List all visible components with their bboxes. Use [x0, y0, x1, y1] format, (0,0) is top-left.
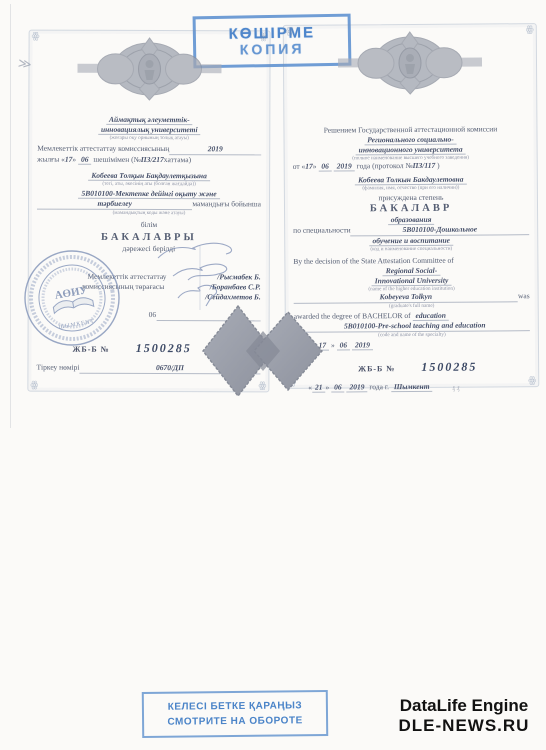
text-segment: )	[435, 161, 439, 170]
commission-line-kz: Мемлекеттік аттестаттау комиссиясының201…	[37, 144, 261, 156]
frame-corner-ornament: ꙮ	[32, 32, 40, 41]
see-reverse-line-ru: СМОТРИТЕ НА ОБОРОТЕ	[167, 713, 302, 729]
text-segment: 2019	[169, 144, 261, 155]
text-segment: was	[518, 291, 530, 301]
text-segment: »	[329, 341, 337, 350]
decision-date-kz: жылғы «17» 06 шешімімен (№ПЗ/217хаттама)	[37, 155, 261, 166]
text-segment: білім	[141, 220, 158, 229]
degree-word-kz: білім	[37, 220, 261, 231]
seal-city: ШЫМКЕНТ	[58, 318, 95, 330]
text-segment: БАКАЛАВР	[370, 203, 452, 215]
text-segment: Regional Social-	[383, 266, 441, 276]
text-segment: образования	[388, 215, 435, 225]
text-segment: ПЗ/117	[413, 161, 436, 170]
text-segment: (мамандықтың коды және атауы)	[113, 210, 186, 216]
frame-corner-ornament: ꙮ	[526, 25, 534, 34]
text-segment: жылғы «	[37, 155, 65, 164]
text-segment: года (протокол №	[355, 161, 413, 170]
university-caption-kz: (жоғары оқу орнының толық атауы)	[37, 135, 261, 142]
text-segment: 06	[318, 162, 332, 172]
guilloche-emblem	[71, 36, 227, 103]
watermark-engine-name: DataLife Engine	[388, 696, 540, 716]
text-segment: Решением Государственной аттестационной …	[324, 124, 498, 134]
see-reverse-line-kz: КЕЛЕСІ БЕТКЕ ҚАРАҢЫЗ	[168, 698, 303, 714]
text-segment: Тіркеу нөмірі	[36, 363, 79, 373]
site-watermark: DataLife Engine DLE-NEWS.RU	[388, 696, 540, 736]
text-segment: »	[313, 162, 319, 171]
text-segment: по специальности	[293, 225, 351, 235]
text-segment: Innovational University	[372, 276, 452, 287]
text-segment: обучение и воспитание	[369, 236, 453, 247]
text-segment: (graduate's full name)	[389, 303, 434, 309]
text-segment: education	[412, 311, 448, 321]
text-segment: 5В010100-Мектепке дейінгі оқыту және	[78, 189, 219, 199]
text-segment: тәрбиелеу	[37, 199, 192, 211]
see-reverse-stamp: КЕЛЕСІ БЕТКЕ ҚАРАҢЫЗ СМОТРИТЕ НА ОБОРОТЕ	[142, 690, 328, 738]
text-segment: года г.	[367, 382, 390, 391]
text-segment: хаттама)	[164, 155, 191, 164]
specialty-caption-ru: (код и наименование специальности)	[293, 245, 529, 253]
text-segment: 06	[78, 155, 92, 165]
text-segment: Kobeyeva Tolkyn	[294, 291, 518, 304]
text-segment: (код и наименование специальности)	[370, 246, 452, 253]
text-segment: Шымкент	[391, 382, 433, 392]
serial-number-ru: ЖБ-Б №1500285	[358, 361, 530, 374]
text-segment: Мемлекеттік аттестаттау комиссиясының	[37, 144, 169, 154]
text-segment: 5В010100-Дошкольное	[351, 224, 530, 236]
text-segment: 5В010100-Pre-school teaching and educati…	[300, 320, 530, 333]
text-segment: 2019	[334, 161, 355, 171]
text-segment: 06	[331, 382, 345, 392]
frame-corner-ornament: ꙮ	[260, 32, 268, 41]
text-segment: ПЗ/217	[141, 155, 164, 164]
text-segment: мамандығы бойынша	[192, 199, 261, 209]
scan-edge-artifact	[10, 4, 11, 428]
text-segment: инновациялық университеті	[98, 125, 201, 135]
text-segment: Регионального социально-	[364, 135, 457, 146]
text-segment: 2019	[352, 340, 373, 350]
university-round-seal: АӨИУ ШЫМКЕНТ	[14, 240, 130, 356]
issue-date-ru: «21» 06 2019 года г. Шымкент	[308, 381, 530, 393]
fold-diamond-ornament	[198, 303, 328, 399]
scan-speck-artifact: ₰ ₰	[452, 386, 460, 393]
text-segment: шешімімен (№	[92, 155, 141, 164]
specialty-kz-2: тәрбиелеумамандығы бойынша	[37, 199, 261, 211]
text-segment: от «	[293, 162, 306, 171]
graduate-name-en: Kobeyeva Tolkynwas	[294, 291, 530, 304]
text-segment: 1500285	[421, 362, 477, 372]
text-segment: Аймақтық әлеуметтік-	[106, 115, 193, 125]
text-segment: 2019	[346, 382, 367, 392]
text-segment: Кобеева Толқын Бақдаулетқызына	[88, 171, 209, 181]
text-segment: (фамилия, имя, отчество (при его наличии…	[362, 185, 459, 192]
specialty-en: in5В010100-Pre-school teaching and educa…	[294, 320, 530, 333]
diploma-text-russian-english: Решением Государственной аттестационной …	[292, 124, 530, 393]
date-line-en: Date « 17 » 06 2019	[294, 339, 530, 351]
text-segment: (code and name of the specialty)	[378, 332, 446, 338]
scanned-diploma-copy-page: ≫ КӨШІРМЕ КОПИЯ ꙮ ꙮ ꙮ ꙮ Аймақтық әлеумет…	[0, 0, 546, 750]
guilloche-emblem	[332, 29, 488, 96]
specialty-caption-kz: (мамандықтың коды және атауы)	[37, 210, 261, 217]
frame-corner-ornament: ꙮ	[286, 27, 294, 36]
text-segment: присуждена степень	[378, 193, 443, 202]
text-segment: ЖБ-Б №	[358, 364, 395, 374]
text-segment: (жоғары оқу орнының толық атауы)	[110, 135, 189, 141]
text-segment: By the decision of the State Attestation…	[293, 256, 453, 266]
name-caption-kz: (тегі, аты, әкесінің аты (болған жағдайд…	[37, 181, 261, 188]
text-segment: 17	[305, 162, 313, 171]
watermark-site-url: DLE-NEWS.RU	[388, 716, 540, 736]
text-segment: (тегі, аты, әкесінің аты (болған жағдайд…	[102, 181, 195, 187]
name-caption-ru: (фамилия, имя, отчество (при его наличии…	[293, 184, 529, 192]
text-segment: 1500285	[136, 343, 192, 353]
text-segment: 06	[337, 340, 351, 350]
decision-date-ru: от «17» 06 2019 года (протокол №ПЗ/117 )	[293, 160, 529, 172]
specialty-ru-1: по специальности5В010100-Дошкольное	[293, 224, 529, 237]
frame-corner-ornament: ꙮ	[30, 381, 38, 390]
